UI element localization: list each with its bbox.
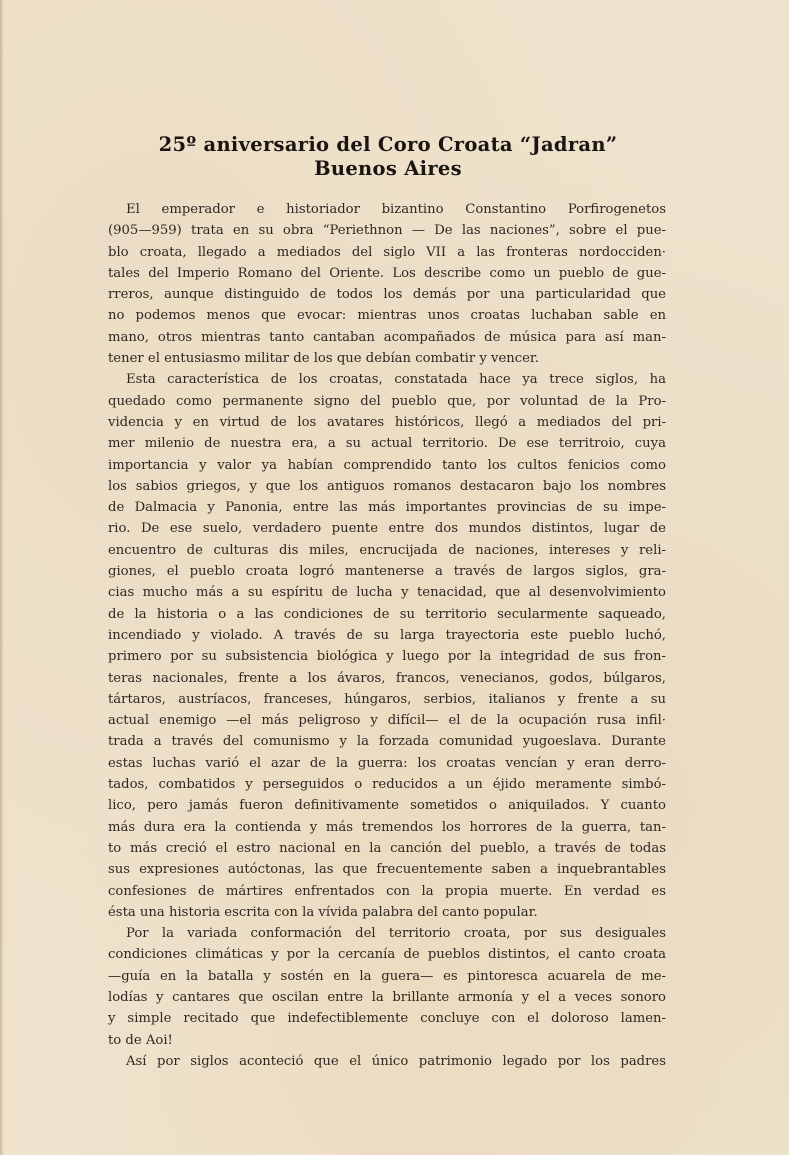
text-line: lodías y cantares que oscilan entre la b… <box>108 987 666 1008</box>
text-line: confesiones de mártires enfrentados con … <box>108 881 666 902</box>
text-line: y simple recitado que indefectiblemente … <box>108 1008 666 1029</box>
text-line: no podemos menos que evocar: mientras un… <box>108 305 666 326</box>
text-line: sus expresiones autóctonas, las que frec… <box>108 859 666 880</box>
text-line: teras nacionales, frente a los ávaros, f… <box>108 668 666 689</box>
title-line-1: 25º aniversario del Coro Croata “Jadran” <box>108 133 668 157</box>
text-line: tener el entusiasmo militar de los que d… <box>108 348 666 369</box>
text-line: los sabios griegos, y que los antiguos r… <box>108 476 666 497</box>
text-line: Esta característica de los croatas, cons… <box>108 369 666 390</box>
text-line: cias mucho más a su espíritu de lucha y … <box>108 582 666 603</box>
text-line: tales del Imperio Romano del Oriente. Lo… <box>108 263 666 284</box>
text-line: tártaros, austríacos, franceses, húngaro… <box>108 689 666 710</box>
text-line: quedado como permanente signo del pueblo… <box>108 391 666 412</box>
text-line: primero por su subsistencia biológica y … <box>108 646 666 667</box>
text-line: lico, pero jamás fueron definitivamente … <box>108 795 666 816</box>
title-line-2: Buenos Aires <box>108 157 668 181</box>
text-line: estas luchas varió el azar de la guerra:… <box>108 753 666 774</box>
text-line: trada a través del comunismo y la forzad… <box>108 731 666 752</box>
text-line: tados, combatidos y perseguidos o reduci… <box>108 774 666 795</box>
text-line: de la historia o a las condiciones de su… <box>108 604 666 625</box>
text-line: rio. De ese suelo, verdadero puente entr… <box>108 518 666 539</box>
text-line: actual enemigo —el más peligroso y difíc… <box>108 710 666 731</box>
text-line: de Dalmacia y Panonia, entre las más imp… <box>108 497 666 518</box>
text-line: Así por siglos aconteció que el único pa… <box>108 1051 666 1072</box>
text-line: ésta una historia escrita con la vívida … <box>108 902 666 923</box>
text-line: to de Aoi! <box>108 1030 666 1051</box>
text-line: encuentro de culturas dis miles, encruci… <box>108 540 666 561</box>
text-line: giones, el pueblo croata logró manteners… <box>108 561 666 582</box>
text-line: Por la variada conformación del territor… <box>108 923 666 944</box>
article-title: 25º aniversario del Coro Croata “Jadran”… <box>108 133 668 181</box>
text-line: condiciones climáticas y por la cercanía… <box>108 944 666 965</box>
text-line: El emperador e historiador bizantino Con… <box>108 199 666 220</box>
text-line: to más creció el estro nacional en la ca… <box>108 838 666 859</box>
text-line: incendiado y violado. A través de su lar… <box>108 625 666 646</box>
page-edge-shadow <box>0 0 4 1155</box>
text-line: blo croata, llegado a mediados del siglo… <box>108 242 666 263</box>
text-line: importancia y valor ya habían comprendid… <box>108 455 666 476</box>
text-line: —guía en la batalla y sostén en la guera… <box>108 966 666 987</box>
article-body: El emperador e historiador bizantino Con… <box>108 199 666 1072</box>
text-line: más dura era la contienda y más tremendo… <box>108 817 666 838</box>
text-line: rreros, aunque distinguido de todos los … <box>108 284 666 305</box>
text-line: videncia y en virtud de los avatares his… <box>108 412 666 433</box>
text-line: mer milenio de nuestra era, a su actual … <box>108 433 666 454</box>
text-line: mano, otros mientras tanto cantaban acom… <box>108 327 666 348</box>
text-line: (905—959) trata en su obra “Periethnon —… <box>108 220 666 241</box>
